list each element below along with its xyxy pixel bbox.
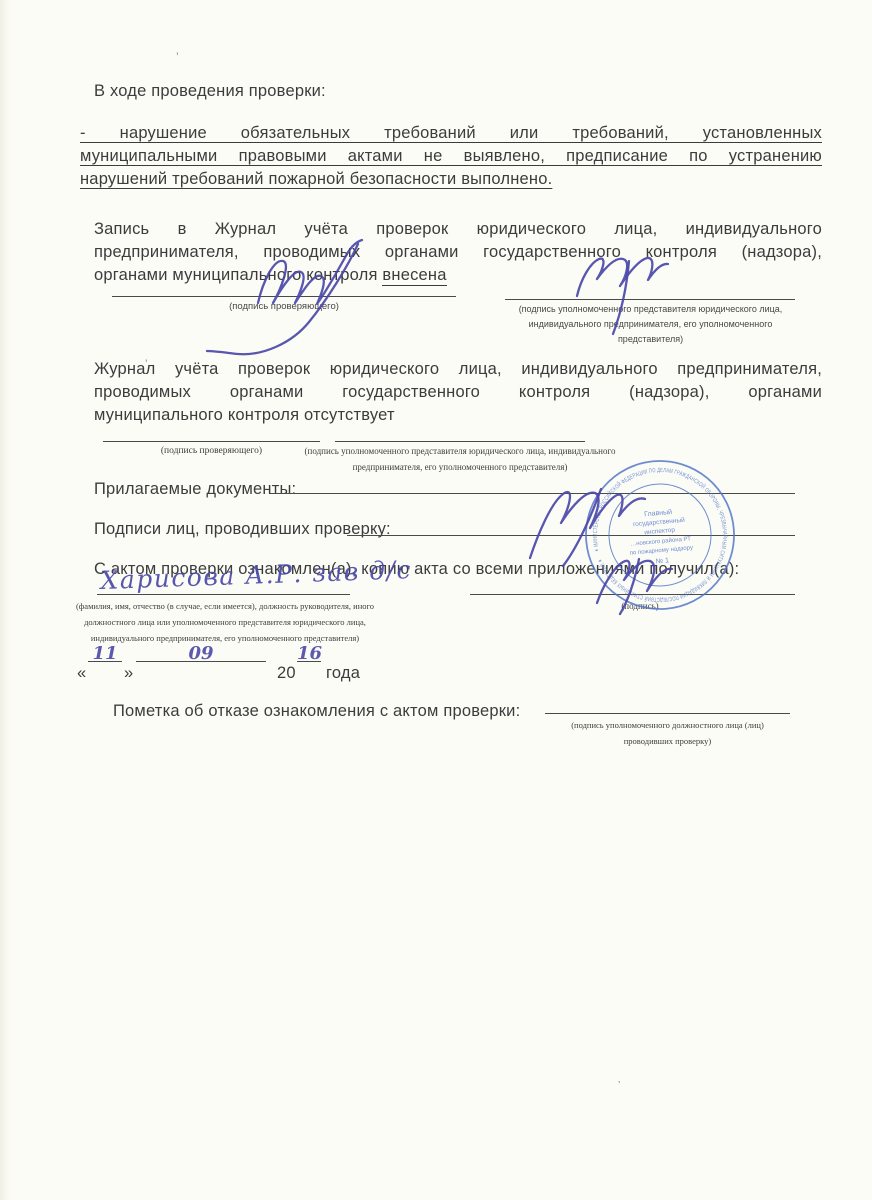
journal-absent-line: Журнал учёта проверок юридического лица,… (94, 358, 822, 381)
stamp-center-line: …новского района РТ (630, 535, 692, 547)
signature-caption-line: (подпись уполномоченного представителя ю… (498, 302, 803, 317)
sign-line (470, 576, 795, 595)
signature-caption-line: индивидуального предпринимателя, его упо… (498, 317, 803, 347)
intro-heading: В ходе проведения проверки: (94, 80, 326, 103)
name-caption: (фамилия, имя, отчество (в случае, если … (60, 598, 390, 646)
ink-speck: ’ (176, 50, 179, 64)
signature-caption: (подпись уполномоченного представителя ю… (300, 443, 620, 475)
name-caption-line: должностного лица или уполномоченного пр… (60, 614, 390, 630)
signature-caption: (подпись проверяющего) (112, 299, 456, 314)
date-year-prefix: 20 (277, 662, 296, 685)
scan-edge-shading (0, 0, 10, 1200)
signature-line (112, 278, 456, 297)
date-month-slot: 09 (136, 643, 266, 662)
signature-line (335, 423, 585, 442)
date-open-quote: « (77, 662, 86, 685)
refusal-label: Пометка об отказе ознакомления с актом п… (113, 700, 520, 723)
refusal-line (545, 695, 790, 714)
name-line (97, 576, 350, 595)
refusal-caption-line: (подпись уполномоченного должностного ли… (550, 717, 785, 733)
attachments-label: Прилагаемые документы: (94, 478, 296, 501)
finding-line: нарушений требований пожарной безопаснос… (80, 168, 822, 191)
signature-caption: (подпись проверяющего) (103, 443, 320, 459)
journal-entry-paragraph: Запись в Журнал учёта проверок юридическ… (94, 218, 822, 287)
date-suffix: года (326, 662, 360, 685)
finding-line: муниципальными правовыми актами не выявл… (80, 145, 822, 168)
handwritten-year: 16 (297, 643, 322, 664)
stamp-center-line: по пожарному надзору (630, 545, 694, 557)
date-year-slot: 16 (297, 643, 321, 662)
signature-caption-line: (подпись уполномоченного представителя ю… (300, 443, 620, 459)
name-caption-line: (фамилия, имя, отчество (в случае, если … (60, 598, 390, 614)
signature-caption-line: предпринимателя, его уполномоченного пре… (300, 459, 620, 475)
signature-line (505, 281, 795, 300)
handwritten-month: 09 (188, 643, 213, 664)
journal-absent-paragraph: Журнал учёта проверок юридического лица,… (94, 358, 822, 427)
ink-speck: ’ (618, 1080, 620, 1091)
ink-speck: ’ (145, 358, 147, 370)
journal-absent-line: проводимых органами государственного кон… (94, 381, 822, 404)
handwritten-day: 11 (92, 643, 117, 664)
finding-paragraph: - нарушение обязательных требований или … (80, 122, 822, 191)
document-page: В ходе проведения проверки: - нарушение … (0, 0, 872, 1200)
date-day-slot: 11 (88, 643, 122, 662)
signature-line (103, 423, 320, 442)
journal-entry-line: Запись в Журнал учёта проверок юридическ… (94, 218, 822, 241)
inspectors-line (347, 517, 795, 536)
finding-line: - нарушение обязательных требований или … (80, 122, 822, 145)
sign-caption: (подпись) (565, 598, 715, 614)
date-close-quote: » (124, 662, 133, 685)
signature-caption: (подпись уполномоченного представителя ю… (498, 302, 803, 347)
refusal-caption: (подпись уполномоченного должностного ли… (550, 717, 785, 749)
attachments-line (270, 475, 795, 494)
refusal-caption-line: проводивших проверку) (550, 733, 785, 749)
journal-entry-line: предпринимателя, проводимых органами гос… (94, 241, 822, 264)
